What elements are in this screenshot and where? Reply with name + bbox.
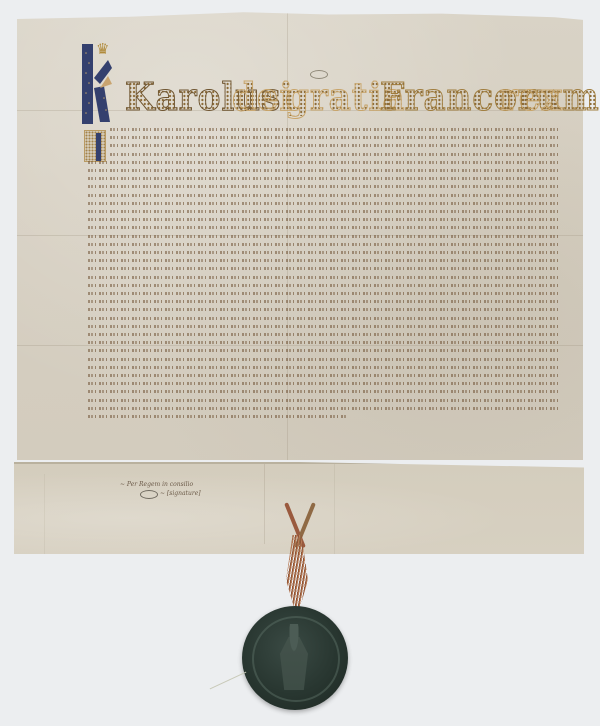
script-line (88, 374, 558, 377)
illuminated-initial: ♛ (80, 38, 106, 118)
script-line (88, 251, 558, 254)
script-line (88, 333, 558, 336)
title-word: rex (500, 78, 563, 116)
script-line (88, 218, 558, 221)
seal-loose-thread (210, 672, 247, 690)
script-line (88, 366, 558, 369)
script-line (88, 202, 558, 205)
script-line (88, 382, 558, 385)
script-line (88, 185, 558, 188)
wax-seal (242, 606, 348, 710)
script-line (88, 300, 558, 303)
title-word: Francorum (380, 78, 600, 116)
script-line (88, 284, 558, 287)
crease (44, 474, 45, 554)
script-line (88, 407, 558, 410)
script-line (88, 390, 558, 393)
annotation-line: ~ [signature] (160, 489, 201, 498)
script-line (88, 415, 348, 418)
script-line (88, 341, 558, 344)
script-line (88, 276, 558, 279)
script-line (88, 325, 558, 328)
script-line (110, 153, 558, 156)
script-line (110, 144, 558, 147)
script-line (88, 243, 558, 246)
script-line (88, 210, 558, 213)
script-line (88, 317, 558, 320)
script-line (88, 177, 558, 180)
script-line (88, 235, 558, 238)
crease (334, 464, 335, 554)
charter-body-text (88, 128, 558, 428)
script-line (88, 399, 558, 402)
charter-title: ♛ Karolus dei gratia Francorum rex (80, 28, 550, 118)
annotation-oval-mark (140, 490, 158, 499)
cartouche-mark (310, 70, 328, 79)
script-line (88, 259, 558, 262)
crown-icon: ♛ (96, 42, 109, 57)
script-line (88, 349, 558, 352)
script-line (88, 267, 558, 270)
script-line (88, 169, 558, 172)
script-line (88, 358, 558, 361)
script-line (110, 128, 558, 131)
script-line (88, 308, 558, 311)
crease (264, 464, 265, 544)
fold-annotation: ~ Per Regem in consilio ~ [signature] (120, 480, 201, 498)
script-line (88, 194, 558, 197)
script-line (88, 161, 558, 164)
script-line (110, 136, 558, 139)
script-line (88, 226, 558, 229)
annotation-line: ~ Per Regem in consilio (120, 480, 201, 489)
script-line (88, 292, 558, 295)
